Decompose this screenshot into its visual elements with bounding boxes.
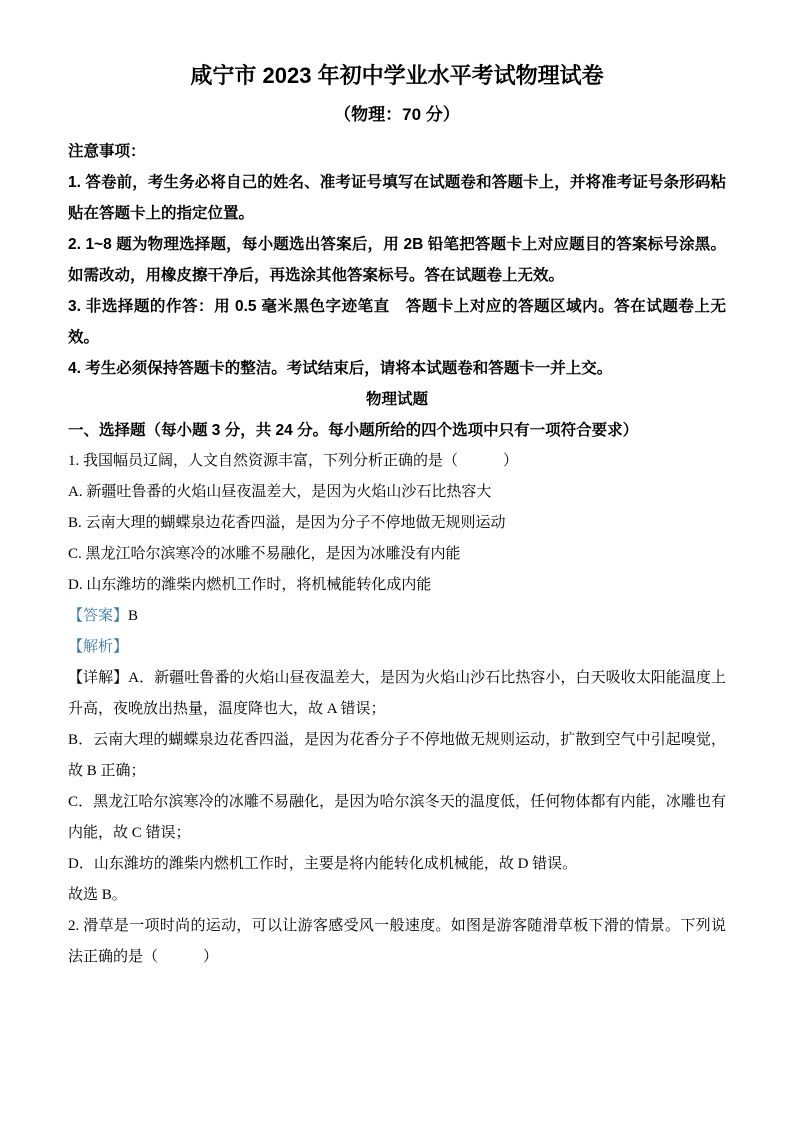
notice-heading: 注意事项： xyxy=(68,136,726,167)
question-2-stem: 2. 滑草是一项时尚的运动，可以让游客感受风一般速度。如图是游客随滑草板下滑的情… xyxy=(68,911,726,973)
document-title: 咸宁市 2023 年初中学业水平考试物理试卷 xyxy=(68,62,726,90)
notice-item-3: 3. 非选择题的作答：用 0.5 毫米黑色字迹笔直 答题卡上对应的答题区域内。答… xyxy=(68,291,726,353)
document-subtitle: （物理：70 分） xyxy=(68,104,726,126)
question-1-detail-d: D．山东潍坊的潍柴内燃机工作时，主要是将内能转化成机械能，故 D 错误。 xyxy=(68,849,726,880)
answer-label: 【答案】 xyxy=(68,608,128,624)
question-1-detail-b: B．云南大理的蝴蝶泉边花香四溢，是因为花香分子不停地做无规则运动，扩散到空气中引… xyxy=(68,725,726,787)
question-1-option-b: B. 云南大理的蝴蝶泉边花香四溢，是因为分子不停地做无规则运动 xyxy=(68,508,726,539)
question-1-answer-row: 【答案】B xyxy=(68,601,726,632)
question-1-option-d: D. 山东潍坊的潍柴内燃机工作时，将机械能转化成内能 xyxy=(68,570,726,601)
notice-item-2: 2. 1~8 题为物理选择题，每小题选出答案后，用 2B 铅笔把答题卡上对应题目… xyxy=(68,229,726,291)
notice-item-1: 1. 答卷前，考生务必将自己的姓名、准考证号填写在试题卷和答题卡上，并将准考证号… xyxy=(68,167,726,229)
question-1-detail-a: 【详解】A．新疆吐鲁番的火焰山昼夜温差大，是因为火焰山沙石比热容小，白天吸收太阳… xyxy=(68,663,726,725)
question-1-detail-c: C．黑龙江哈尔滨寒冷的冰雕不易融化，是因为哈尔滨冬天的温度低，任何物体都有内能，… xyxy=(68,787,726,849)
detail-text-a: A．新疆吐鲁番的火焰山昼夜温差大，是因为火焰山沙石比热容小，白天吸收太阳能温度上… xyxy=(68,670,726,717)
question-1-conclusion: 故选 B。 xyxy=(68,880,726,911)
question-1-analysis-row: 【解析】 xyxy=(68,632,726,663)
section-heading: 一、选择题（每小题 3 分，共 24 分。每小题所给的四个选项中只有一项符合要求… xyxy=(68,415,726,446)
answer-value: B xyxy=(128,608,138,624)
detail-label: 【详解】 xyxy=(68,670,128,686)
question-1-stem: 1. 我国幅员辽阔，人文自然资源丰富，下列分析正确的是（ ） xyxy=(68,446,726,477)
paper-heading: 物理试题 xyxy=(68,384,726,415)
question-1-option-a: A. 新疆吐鲁番的火焰山昼夜温差大，是因为火焰山沙石比热容大 xyxy=(68,477,726,508)
question-1-option-c: C. 黑龙江哈尔滨寒冷的冰雕不易融化，是因为冰雕没有内能 xyxy=(68,539,726,570)
notice-item-4: 4. 考生必须保持答题卡的整洁。考试结束后，请将本试题卷和答题卡一并上交。 xyxy=(68,353,726,384)
exam-document-page: 咸宁市 2023 年初中学业水平考试物理试卷 （物理：70 分） 注意事项： 1… xyxy=(0,0,793,1122)
analysis-label: 【解析】 xyxy=(68,639,128,655)
